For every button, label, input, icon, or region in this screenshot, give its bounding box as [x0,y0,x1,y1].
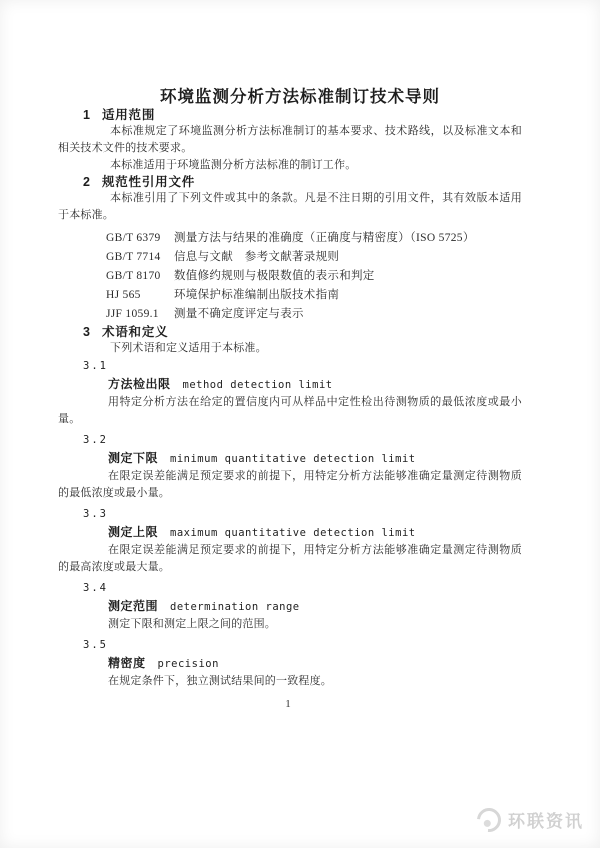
term-name-zh: 方法检出限 [108,377,171,391]
term-name-zh: 测定范围 [108,599,158,613]
reference-code: GB/T 8170 [106,267,174,286]
terms-list: 3.1 方法检出限method detection limit 用特定分析方法在… [58,358,522,690]
term-name-en: method detection limit [183,379,333,391]
term-name-line: 方法检出限method detection limit [108,375,522,394]
term-name-zh: 精密度 [108,656,146,670]
section-1-number: 1 [83,107,90,123]
section-3-heading: 3术语和定义 [83,324,522,340]
term-number: 3.3 [83,506,522,523]
term-number: 3.2 [83,432,522,449]
reference-title: 测量方法与结果的准确度（正确度与精密度）（ISO 5725） [174,229,522,248]
reference-row: HJ 565 环境保护标准编制出版技术指南 [106,286,522,305]
term-name-zh: 测定下限 [108,451,158,465]
reference-code: GB/T 7714 [106,248,174,267]
term-name-line: 测定下限minimum quantitative detection limit [108,449,522,468]
reference-code: HJ 565 [106,286,174,305]
reference-title: 测量不确定度评定与表示 [174,305,522,324]
reference-title: 信息与文献 参考文献著录规则 [174,248,522,267]
term-name-en: minimum quantitative detection limit [170,453,416,465]
term-definition: 测定下限和测定上限之间的范围。 [58,616,522,633]
term-name-line: 精密度precision [108,654,522,673]
reference-title: 数值修约规则与极限数值的表示和判定 [174,267,522,286]
document-page: 环境监测分析方法标准制订技术导则 1适用范围 本标准规定了环境监测分析方法标准制… [0,0,600,848]
term-name-zh: 测定上限 [108,525,158,539]
term-block: 3.2 测定下限minimum quantitative detection l… [58,432,522,502]
reference-row: JJF 1059.1 测量不确定度评定与表示 [106,305,522,324]
term-definition: 在限定误差能满足预定要求的前提下，用特定分析方法能够准确定量测定待测物质的最高浓… [58,542,522,576]
term-name-en: precision [158,658,219,670]
term-definition: 用特定分析方法在给定的置信度内可从样品中定性检出待测物质的最低浓度或最小量。 [58,394,522,428]
section-3-title: 术语和定义 [102,325,169,339]
section-1-heading: 1适用范围 [83,107,522,123]
document-title: 环境监测分析方法标准制订技术导则 [68,87,532,107]
term-definition: 在限定误差能满足预定要求的前提下，用特定分析方法能够准确定量测定待测物质的最低浓… [58,468,522,502]
reference-row: GB/T 6379 测量方法与结果的准确度（正确度与精密度）（ISO 5725） [106,229,522,248]
term-name-en: maximum quantitative detection limit [170,527,416,539]
brand-logo-icon [472,803,506,837]
section-1-paragraph: 本标准适用于环境监测分析方法标准的制订工作。 [58,157,522,174]
reference-row: GB/T 8170 数值修约规则与极限数值的表示和判定 [106,267,522,286]
watermark: 环联资讯 [477,807,584,832]
reference-code: GB/T 6379 [106,229,174,248]
reference-list: GB/T 6379 测量方法与结果的准确度（正确度与精密度）（ISO 5725）… [58,229,522,324]
section-1-paragraph: 本标准规定了环境监测分析方法标准制订的基本要求、技术路线，以及标准文本和相关技术… [58,123,522,157]
term-name-en: determination range [170,601,300,613]
term-block: 3.3 测定上限maximum quantitative detection l… [58,506,522,576]
reference-row: GB/T 7714 信息与文献 参考文献著录规则 [106,248,522,267]
page-number: 1 [56,698,520,710]
section-2-number: 2 [83,174,90,190]
section-3-intro: 下列术语和定义适用于本标准。 [58,340,522,357]
section-1-title: 适用范围 [102,108,155,122]
brand-name: 环联资讯 [508,807,584,832]
term-number: 3.5 [83,637,522,654]
term-block: 3.5 精密度precision 在规定条件下，独立测试结果间的一致程度。 [58,637,522,690]
reference-code: JJF 1059.1 [106,305,174,324]
term-name-line: 测定上限maximum quantitative detection limit [108,523,522,542]
term-name-line: 测定范围determination range [108,597,522,616]
section-2-paragraph: 本标准引用了下列文件或其中的条款。凡是不注日期的引用文件，其有效版本适用于本标准… [58,190,522,224]
document-content: 环境监测分析方法标准制订技术导则 1适用范围 本标准规定了环境监测分析方法标准制… [0,0,600,710]
term-block: 3.4 测定范围determination range 测定下限和测定上限之间的… [58,580,522,633]
section-3-number: 3 [83,324,90,340]
term-number: 3.1 [83,358,522,375]
section-2-title: 规范性引用文件 [102,175,195,189]
term-block: 3.1 方法检出限method detection limit 用特定分析方法在… [58,358,522,428]
term-number: 3.4 [83,580,522,597]
term-definition: 在规定条件下，独立测试结果间的一致程度。 [58,673,522,690]
reference-title: 环境保护标准编制出版技术指南 [174,286,522,305]
section-2-heading: 2规范性引用文件 [83,174,522,190]
